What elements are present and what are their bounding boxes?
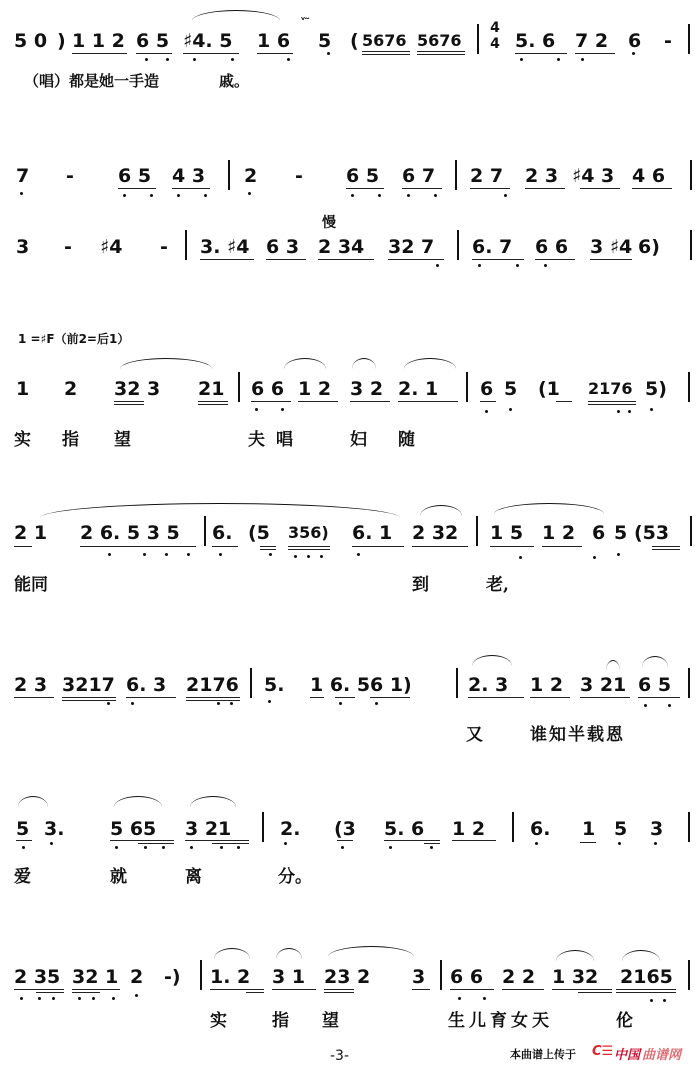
note-group: 5676 bbox=[417, 30, 462, 52]
barline bbox=[466, 372, 468, 402]
note-group: 32 7 bbox=[388, 236, 434, 258]
breath-mark: ˅ ̃ bbox=[300, 16, 310, 30]
note-group: 1 5 bbox=[490, 522, 523, 544]
note-group: 1 2 bbox=[530, 674, 563, 696]
lyric: 实 bbox=[14, 425, 31, 450]
note-group: 2 32 bbox=[412, 522, 458, 544]
note-group: 1 2 bbox=[298, 378, 331, 400]
note-group: 4 3 bbox=[172, 165, 205, 187]
note-group: 1 6. 5 bbox=[310, 674, 370, 696]
note: 2 bbox=[64, 378, 77, 400]
note-group: 3 21 bbox=[580, 674, 626, 696]
note-group: 5 0 bbox=[14, 30, 47, 52]
note: 5 bbox=[16, 818, 29, 840]
note-group: 5) bbox=[645, 378, 667, 400]
note-group: 6. 1 bbox=[352, 522, 392, 544]
note-group: 1 6 bbox=[257, 30, 290, 52]
lyric: 妇 bbox=[350, 425, 367, 450]
note: 2. bbox=[280, 818, 300, 840]
dash: - bbox=[66, 165, 74, 187]
lyric: 离 bbox=[185, 862, 202, 887]
lyric: 望 bbox=[114, 425, 131, 450]
note-group: 5. 6 bbox=[515, 30, 555, 52]
note-group: 32 3 bbox=[114, 378, 160, 400]
barline bbox=[688, 24, 690, 54]
barline bbox=[250, 668, 252, 698]
lyric: 爱 bbox=[14, 862, 31, 887]
barline bbox=[690, 160, 692, 190]
note-group: 2 34 bbox=[318, 236, 364, 258]
barline bbox=[512, 812, 514, 842]
note: 6 bbox=[592, 522, 605, 544]
note-group: 6. 7 bbox=[472, 236, 512, 258]
dash: - bbox=[664, 30, 672, 52]
bracket: ( bbox=[350, 30, 359, 52]
note-group: 2165 bbox=[620, 966, 673, 988]
barline bbox=[688, 372, 690, 402]
brand-name[interactable]: 中国 bbox=[614, 1044, 640, 1063]
time-signature: 44 bbox=[488, 20, 502, 52]
note-group: 3 2 bbox=[350, 378, 383, 400]
note: 3 bbox=[412, 966, 425, 988]
lyric: 生儿育女天 bbox=[448, 1006, 553, 1031]
note-group: 6) bbox=[638, 236, 660, 258]
lyric: 能同 bbox=[14, 570, 48, 595]
lyric: 随 bbox=[398, 425, 415, 450]
note-group: 2 6. 5 3 5 bbox=[80, 522, 180, 544]
note: 1 bbox=[16, 378, 29, 400]
barline bbox=[477, 24, 479, 54]
barline bbox=[228, 160, 230, 190]
dash: - bbox=[295, 165, 303, 187]
lyrics: （唱）都是她一手造 戚。 bbox=[24, 70, 249, 91]
note-group: 6 6 bbox=[535, 236, 568, 258]
note-group: 5676 bbox=[362, 30, 407, 52]
note: 2 bbox=[244, 165, 257, 187]
dash: - bbox=[160, 236, 168, 258]
lyric: 指 bbox=[62, 425, 79, 450]
note-group: 6 3 bbox=[266, 236, 299, 258]
note: 3. bbox=[44, 818, 64, 840]
note-group: 6 5 bbox=[638, 674, 671, 696]
barline bbox=[262, 812, 264, 842]
barline bbox=[456, 668, 458, 698]
brand-logo-icon: C☰ bbox=[592, 1044, 613, 1059]
barline bbox=[200, 960, 202, 990]
note-group: 2 3 bbox=[525, 165, 558, 187]
barline bbox=[688, 668, 690, 698]
note: 7 bbox=[16, 165, 29, 187]
note: 5. bbox=[264, 674, 284, 696]
lyric: 望 bbox=[322, 1006, 339, 1031]
note: 5 bbox=[614, 818, 627, 840]
note-group: 6 5 bbox=[136, 30, 169, 52]
note-group: 2 35 bbox=[14, 966, 60, 988]
lyric: 夫 bbox=[248, 425, 265, 450]
note: 6. bbox=[212, 522, 232, 544]
note: 1 bbox=[582, 818, 595, 840]
note-group: (5 bbox=[248, 522, 270, 544]
note-group: 21 bbox=[198, 378, 224, 400]
tempo-mark: 慢 bbox=[322, 212, 336, 232]
note-group: 2 3 bbox=[14, 674, 47, 696]
note-group: ♯4. 5 bbox=[183, 30, 232, 52]
note: 6. bbox=[530, 818, 550, 840]
page-number: -3- bbox=[330, 1048, 349, 1064]
lyric: 又 bbox=[466, 720, 483, 745]
bracket: ) bbox=[57, 30, 66, 52]
note-group: 3 1 bbox=[272, 966, 305, 988]
note-group: 3. ♯4 bbox=[200, 236, 249, 258]
note: 6 bbox=[628, 30, 641, 52]
lyric: 老, bbox=[486, 570, 509, 595]
note-group: 2176 bbox=[588, 378, 633, 400]
note-group: 6. 3 bbox=[126, 674, 166, 696]
barline bbox=[690, 230, 692, 260]
barline bbox=[688, 812, 690, 842]
note-group: 1 32 bbox=[552, 966, 598, 988]
note-group: (53 bbox=[634, 522, 669, 544]
barline bbox=[238, 372, 240, 402]
note-group: 1 2 bbox=[452, 818, 485, 840]
note: ♯4 bbox=[100, 236, 122, 258]
barline bbox=[204, 516, 206, 546]
note-group: 6 5 bbox=[118, 165, 151, 187]
note: 2 bbox=[130, 966, 143, 988]
lyric: 伦 bbox=[616, 1006, 633, 1031]
barline bbox=[185, 230, 187, 260]
note: 3 bbox=[650, 818, 663, 840]
lyric: 唱 bbox=[276, 425, 293, 450]
note-group: 2 1 bbox=[14, 522, 47, 544]
note-fermata: 5 bbox=[318, 30, 331, 52]
note-group: 2 7 bbox=[470, 165, 503, 187]
note-group: 5. 6 bbox=[384, 818, 424, 840]
note: 3 bbox=[16, 236, 29, 258]
note-group: 1. 2 bbox=[210, 966, 250, 988]
note-group: 3 21 bbox=[185, 818, 231, 840]
note-group: 2. 3 bbox=[468, 674, 508, 696]
note-group: ♯4 3 bbox=[572, 165, 614, 187]
key-signature: 1 =♯F（前2=后1） bbox=[18, 330, 129, 347]
note-group: 6 5 bbox=[346, 165, 379, 187]
upload-text: 本曲谱上传于 bbox=[510, 1046, 576, 1062]
dash: - bbox=[64, 236, 72, 258]
slur bbox=[192, 10, 280, 21]
note-group: 2176 bbox=[186, 674, 239, 696]
barline bbox=[476, 516, 478, 546]
note-group: 1 1 2 bbox=[72, 30, 125, 52]
note-group: 1 2 bbox=[542, 522, 575, 544]
barline bbox=[690, 516, 692, 546]
barline bbox=[688, 960, 690, 990]
lyric: 到 bbox=[412, 570, 429, 595]
note-group: 23 2 bbox=[324, 966, 370, 988]
note-group: 356) bbox=[288, 522, 329, 544]
note: 5 bbox=[504, 378, 517, 400]
barline bbox=[440, 960, 442, 990]
note: 6 bbox=[480, 378, 493, 400]
note-group: 6 1) bbox=[370, 674, 412, 696]
barline bbox=[457, 230, 459, 260]
note: 5 bbox=[614, 522, 627, 544]
note-group: 6 7 bbox=[402, 165, 435, 187]
note-group: 4 6 bbox=[632, 165, 665, 187]
lyric: 实 bbox=[210, 1006, 227, 1031]
note-group: 5 65 bbox=[110, 818, 156, 840]
note-group: -) bbox=[164, 966, 181, 988]
note-group: 2. 1 bbox=[398, 378, 438, 400]
barline bbox=[455, 160, 457, 190]
note-group: 7 2 bbox=[575, 30, 608, 52]
note-group: 32 1 bbox=[72, 966, 118, 988]
note-group: 6 6 bbox=[251, 378, 284, 400]
lyric: 就 bbox=[110, 862, 127, 887]
brand-name-suffix[interactable]: 曲谱网 bbox=[642, 1044, 681, 1063]
lyric: 分。 bbox=[278, 862, 312, 887]
note-group: 3217 bbox=[62, 674, 115, 696]
lyric: 指 bbox=[272, 1006, 289, 1031]
note-group: 6 6 bbox=[450, 966, 483, 988]
note-group: (3 bbox=[334, 818, 356, 840]
note-group: 3 ♯4 bbox=[590, 236, 632, 258]
note-group: (1 bbox=[538, 378, 560, 400]
note-group: 2 2 bbox=[502, 966, 535, 988]
lyric: 谁知半载恩 bbox=[530, 720, 625, 745]
